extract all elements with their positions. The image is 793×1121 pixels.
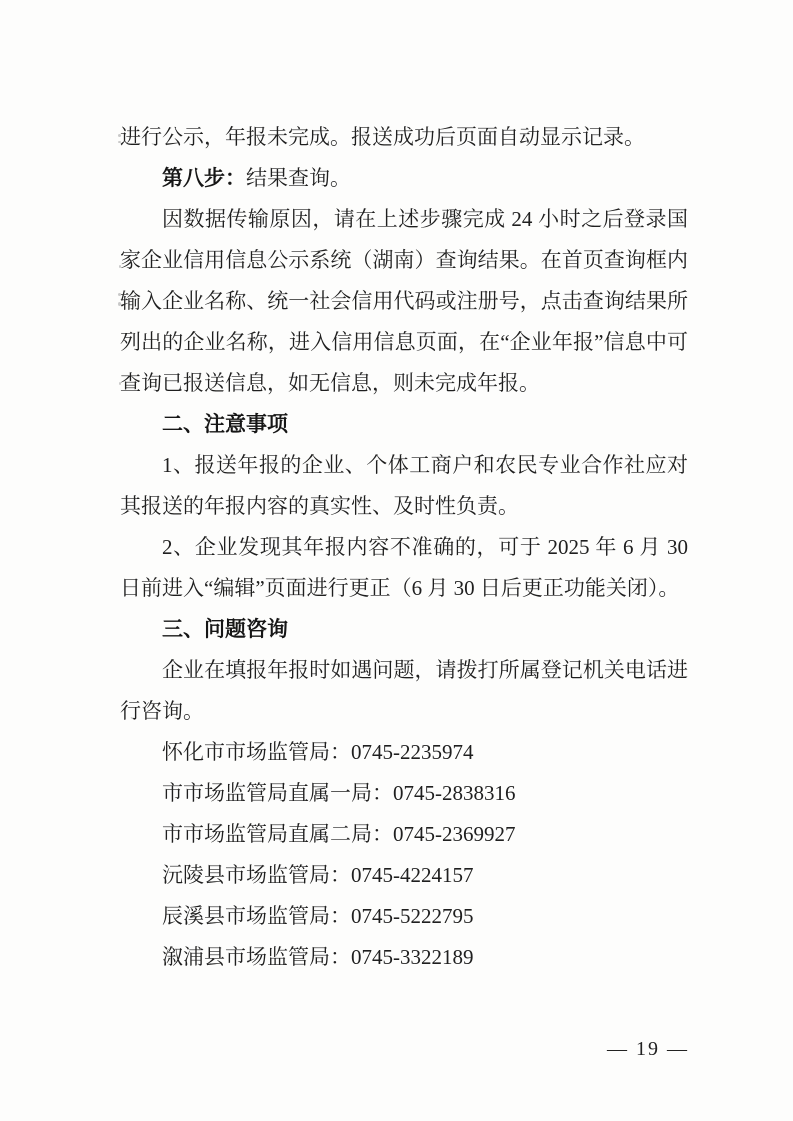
text-line: 第八步：结果查询。 [120,158,688,199]
scan-speck [119,265,121,268]
text-line: 溆浦县市场监管局：0745-3322189 [120,937,688,978]
text-line: 沅陵县市场监管局：0745-4224157 [120,855,688,896]
text-line: 行咨询。 [120,691,688,732]
page-number: — 19 — [598,1034,698,1064]
scan-speck [119,382,121,385]
text-line: 查询已报送信息，如无信息，则未完成年报。 [120,363,688,404]
document-page: 进行公示，年报未完成。报送成功后页面自动显示记录。第八步：结果查询。因数据传输原… [0,0,793,1121]
step-text: 结果查询。 [246,166,351,190]
text-line: 进行公示，年报未完成。报送成功后页面自动显示记录。 [120,117,688,158]
section-heading: 二、注意事项 [120,404,688,445]
text-line: 家企业信用信息公示系统（湖南）查询结果。在首页查询框内 [120,240,688,281]
text-line: 2、企业发现其年报内容不准确的，可于 2025 年 6 月 30 [120,527,688,568]
section-heading: 三、问题咨询 [120,609,688,650]
text-line: 其报送的年报内容的真实性、及时性负责。 [120,486,688,527]
scan-speck [118,134,121,137]
text-line: 日前进入“编辑”页面进行更正（6 月 30 日后更正功能关闭）。 [120,568,688,609]
text-line: 列出的企业名称，进入信用信息页面，在“企业年报”信息中可 [120,322,688,363]
text-line: 市市场监管局直属二局：0745-2369927 [120,814,688,855]
text-line: 怀化市市场监管局：0745-2235974 [120,732,688,773]
text-line: 输入企业名称、统一社会信用代码或注册号，点击查询结果所 [120,281,688,322]
text-line: 因数据传输原因，请在上述步骤完成 24 小时之后登录国 [120,199,688,240]
scan-speck [118,302,121,306]
step-label: 第八步： [162,167,246,190]
scan-speck [118,141,121,143]
scan-speck [118,293,121,296]
text-line: 市市场监管局直属一局：0745-2838316 [120,773,688,814]
document-body: 进行公示，年报未完成。报送成功后页面自动显示记录。第八步：结果查询。因数据传输原… [120,117,688,978]
text-line: 1、报送年报的企业、个体工商户和农民专业合作社应对 [120,445,688,486]
text-line: 辰溪县市场监管局：0745-5222795 [120,896,688,937]
text-line: 企业在填报年报时如遇问题，请拨打所属登记机关电话进 [120,650,688,691]
